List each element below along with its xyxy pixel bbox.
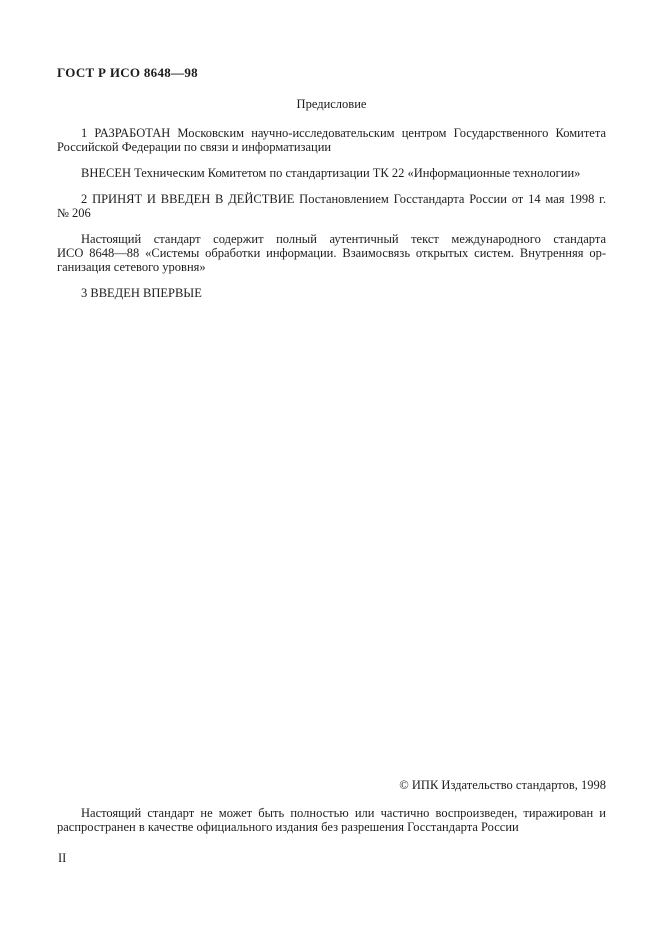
paragraph-introduced-first: 3 ВВЕДЕН ВПЕРВЫЕ [57, 286, 606, 300]
page-content: ГОСТ Р ИСО 8648—98 Предисловие 1 РАЗРАБО… [57, 66, 606, 312]
legal-notice: Настоящий стандарт не может быть полност… [57, 806, 606, 834]
text-line: ВНЕСЕН Техническим Комитетом по стандарт… [57, 166, 606, 180]
page-number: II [58, 851, 66, 865]
text-line: ИСО 8648—88 «Системы обработки информаци… [57, 246, 606, 260]
text-line: Настоящий стандарт не может быть полност… [57, 806, 606, 820]
text-line: 2 ПРИНЯТ И ВВЕДЕН В ДЕЙСТВИЕ Постановлен… [57, 192, 606, 206]
preface-title: Предисловие [57, 97, 606, 111]
document-header: ГОСТ Р ИСО 8648—98 [57, 66, 606, 80]
document-page: ГОСТ Р ИСО 8648—98 Предисловие 1 РАЗРАБО… [0, 0, 661, 936]
paragraph-standard-content: Настоящий стандарт содержит полный аутен… [57, 232, 606, 274]
text-line: 3 ВВЕДЕН ВПЕРВЫЕ [57, 286, 606, 300]
paragraph-submitted: ВНЕСЕН Техническим Комитетом по стандарт… [57, 166, 606, 180]
text-line: Российской Федерации по связи и информат… [57, 140, 606, 154]
text-line: № 206 [57, 206, 606, 220]
paragraph-developed: 1 РАЗРАБОТАН Московским научно-исследова… [57, 126, 606, 154]
text-line: Настоящий стандарт содержит полный аутен… [57, 232, 606, 246]
preface-body: 1 РАЗРАБОТАН Московским научно-исследова… [57, 126, 606, 300]
text-line: ганизация сетевого уровня» [57, 260, 606, 274]
text-line: распространен в качестве официального из… [57, 820, 606, 834]
paragraph-adopted: 2 ПРИНЯТ И ВВЕДЕН В ДЕЙСТВИЕ Постановлен… [57, 192, 606, 220]
copyright-notice: © ИПК Издательство стандартов, 1998 [57, 778, 606, 792]
text-line: 1 РАЗРАБОТАН Московским научно-исследова… [57, 126, 606, 140]
